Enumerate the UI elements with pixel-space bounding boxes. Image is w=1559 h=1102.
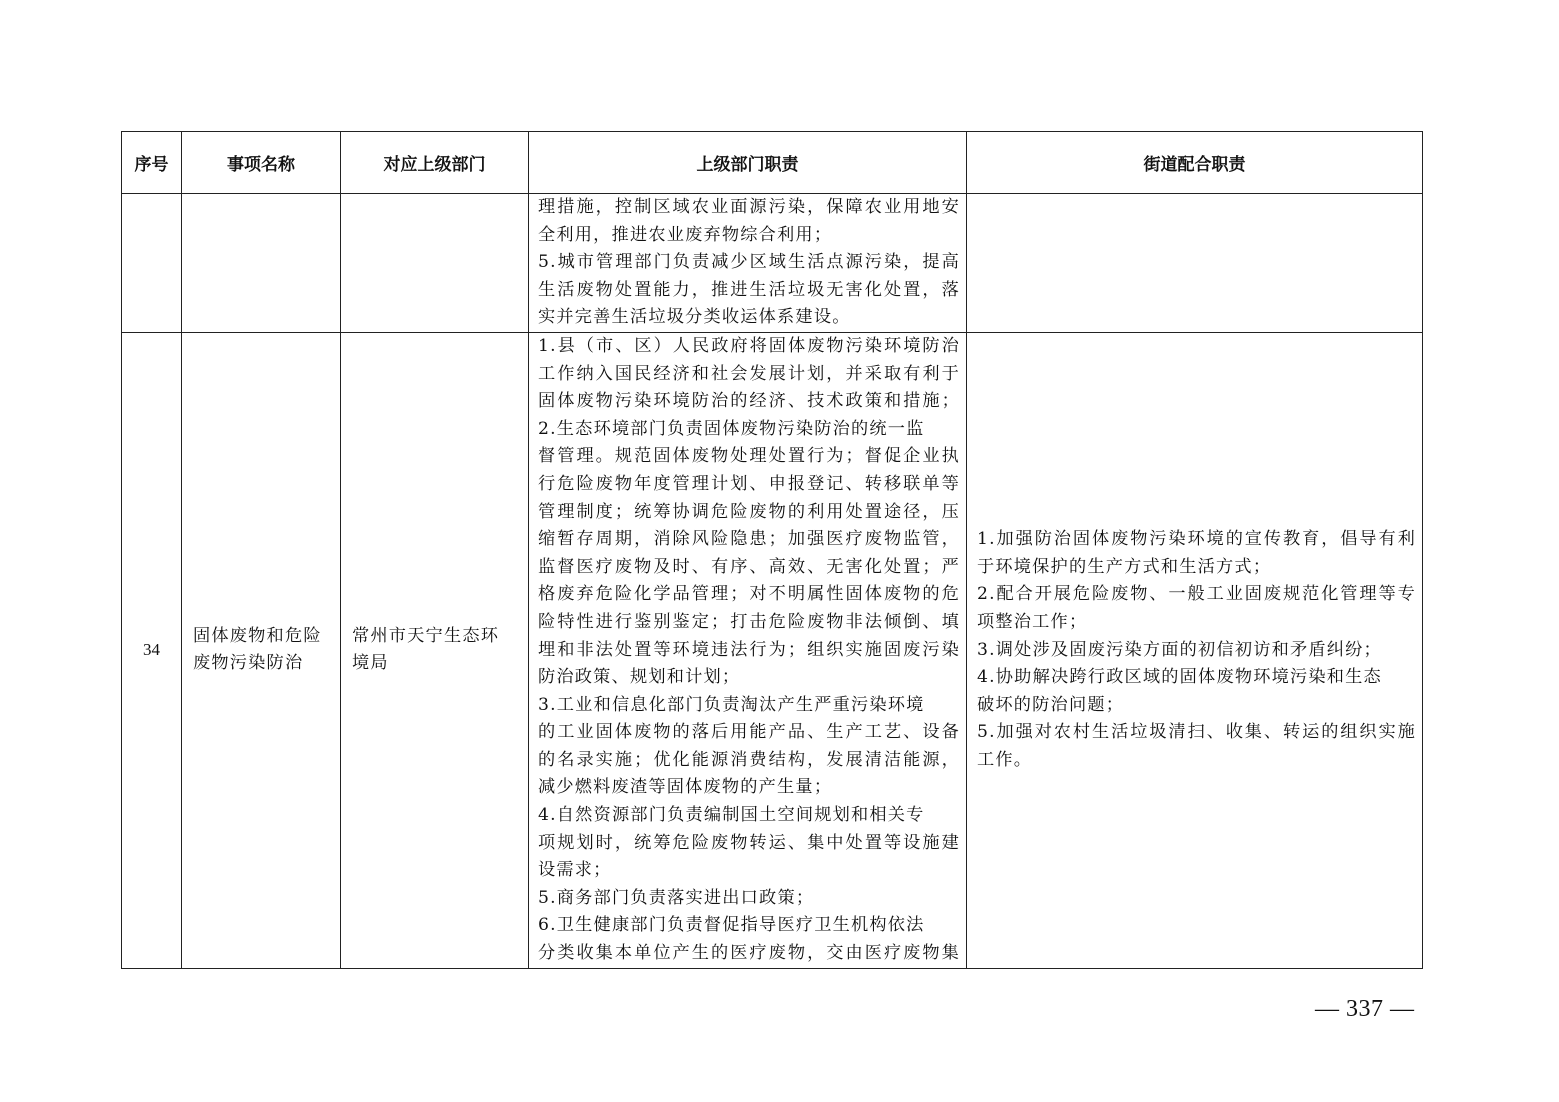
cell-superior-duty: 理措施，控制区域农业面源污染，保障农业用地安 全利用，推进农业废弃物综合利用； …	[529, 194, 967, 333]
item-name-line: 废物污染防治	[193, 650, 332, 678]
duty-line: 实并完善生活垃圾分类收运体系建设。	[538, 304, 960, 332]
cell-department: 常州市天宁生态环 境局	[341, 332, 529, 968]
duty-line: 缩暂存周期，消除风险隐患；加强医疗废物监管，	[538, 526, 960, 554]
duty-line: 2.生态环境部门负责固体废物污染防治的统一监	[538, 416, 960, 444]
cell-street-duty: 1.加强防治固体废物污染环境的宣传教育，倡导有利 于环境保护的生产方式和生活方式…	[967, 332, 1423, 968]
duty-line: 的工业固体废物的落后用能产品、生产工艺、设备	[538, 719, 960, 747]
street-duty-line: 3.调处涉及固废污染方面的初信初访和矛盾纠纷；	[977, 637, 1416, 665]
table-row-continuation: 理措施，控制区域农业面源污染，保障农业用地安 全利用，推进农业废弃物综合利用； …	[122, 194, 1423, 333]
page-number: — 337 —	[1315, 996, 1415, 1023]
table-row-34: 34 固体废物和危险 废物污染防治 常州市天宁生态环 境局 1.县（市、区）人民…	[122, 332, 1423, 968]
duty-line: 格废弃危险化学品管理；对不明属性固体废物的危	[538, 581, 960, 609]
street-duty-line: 破坏的防治问题；	[977, 692, 1416, 720]
duty-line: 埋和非法处置等环境违法行为；组织实施固废污染	[538, 637, 960, 665]
duty-line: 行危险废物年度管理计划、申报登记、转移联单等	[538, 471, 960, 499]
duty-line: 管理制度；统筹协调危险废物的利用处置途径，压	[538, 499, 960, 527]
duty-line: 6.卫生健康部门负责督促指导医疗卫生机构依法	[538, 912, 960, 940]
cell-street-duty	[967, 194, 1423, 333]
responsibility-table: 序号 事项名称 对应上级部门 上级部门职责 街道配合职责 理措施，控制区域农业面…	[121, 131, 1423, 969]
header-department: 对应上级部门	[341, 132, 529, 194]
duty-line: 分类收集本单位产生的医疗废物，交由医疗废物集	[538, 940, 960, 968]
header-superior-duty: 上级部门职责	[529, 132, 967, 194]
cell-item-name: 固体废物和危险 废物污染防治	[182, 332, 341, 968]
duty-line: 设需求；	[538, 857, 960, 885]
street-duty-line: 4.协助解决跨行政区域的固体废物环境污染和生态	[977, 664, 1416, 692]
street-duty-line: 工作。	[977, 747, 1416, 775]
cell-superior-duty: 1.县（市、区）人民政府将固体废物污染环境防治 工作纳入国民经济和社会发展计划，…	[529, 332, 967, 968]
duty-line: 的名录实施；优化能源消费结构，发展清洁能源，	[538, 747, 960, 775]
street-duty-line: 于环境保护的生产方式和生活方式；	[977, 554, 1416, 582]
duty-line: 工作纳入国民经济和社会发展计划，并采取有利于	[538, 361, 960, 389]
cell-number	[122, 194, 182, 333]
header-street-duty: 街道配合职责	[967, 132, 1423, 194]
street-duty-line: 项整治工作；	[977, 609, 1416, 637]
duty-line: 5.商务部门负责落实进出口政策；	[538, 885, 960, 913]
duty-line: 5.城市管理部门负责减少区域生活点源污染，提高	[538, 249, 960, 277]
header-item-name: 事项名称	[182, 132, 341, 194]
duty-line: 减少燃料废渣等固体废物的产生量；	[538, 774, 960, 802]
department-line: 常州市天宁生态环	[352, 623, 520, 651]
duty-line: 固体废物污染环境防治的经济、技术政策和措施；	[538, 388, 960, 416]
duty-line: 4.自然资源部门负责编制国土空间规划和相关专	[538, 802, 960, 830]
duty-line: 生活废物处置能力，推进生活垃圾无害化处置，落	[538, 277, 960, 305]
street-duty-line: 5.加强对农村生活垃圾清扫、收集、转运的组织实施	[977, 719, 1416, 747]
duty-line: 项规划时，统筹危险废物转运、集中处置等设施建	[538, 830, 960, 858]
duty-line: 理措施，控制区域农业面源污染，保障农业用地安	[538, 194, 960, 222]
cell-item-name	[182, 194, 341, 333]
duty-line: 监督医疗废物及时、有序、高效、无害化处置；严	[538, 554, 960, 582]
duty-line: 险特性进行鉴别鉴定；打击危险废物非法倾倒、填	[538, 609, 960, 637]
cell-number: 34	[122, 332, 182, 968]
street-duty-line: 2.配合开展危险废物、一般工业固废规范化管理等专	[977, 581, 1416, 609]
duty-line: 全利用，推进农业废弃物综合利用；	[538, 222, 960, 250]
duty-line: 1.县（市、区）人民政府将固体废物污染环境防治	[538, 333, 960, 361]
header-number: 序号	[122, 132, 182, 194]
duty-line: 督管理。规范固体废物处理处置行为；督促企业执	[538, 443, 960, 471]
cell-department	[341, 194, 529, 333]
department-line: 境局	[352, 650, 520, 678]
street-duty-line: 1.加强防治固体废物污染环境的宣传教育，倡导有利	[977, 526, 1416, 554]
duty-line: 防治政策、规划和计划；	[538, 664, 960, 692]
duty-line: 3.工业和信息化部门负责淘汰产生严重污染环境	[538, 692, 960, 720]
table-header-row: 序号 事项名称 对应上级部门 上级部门职责 街道配合职责	[122, 132, 1423, 194]
item-name-line: 固体废物和危险	[193, 623, 332, 651]
